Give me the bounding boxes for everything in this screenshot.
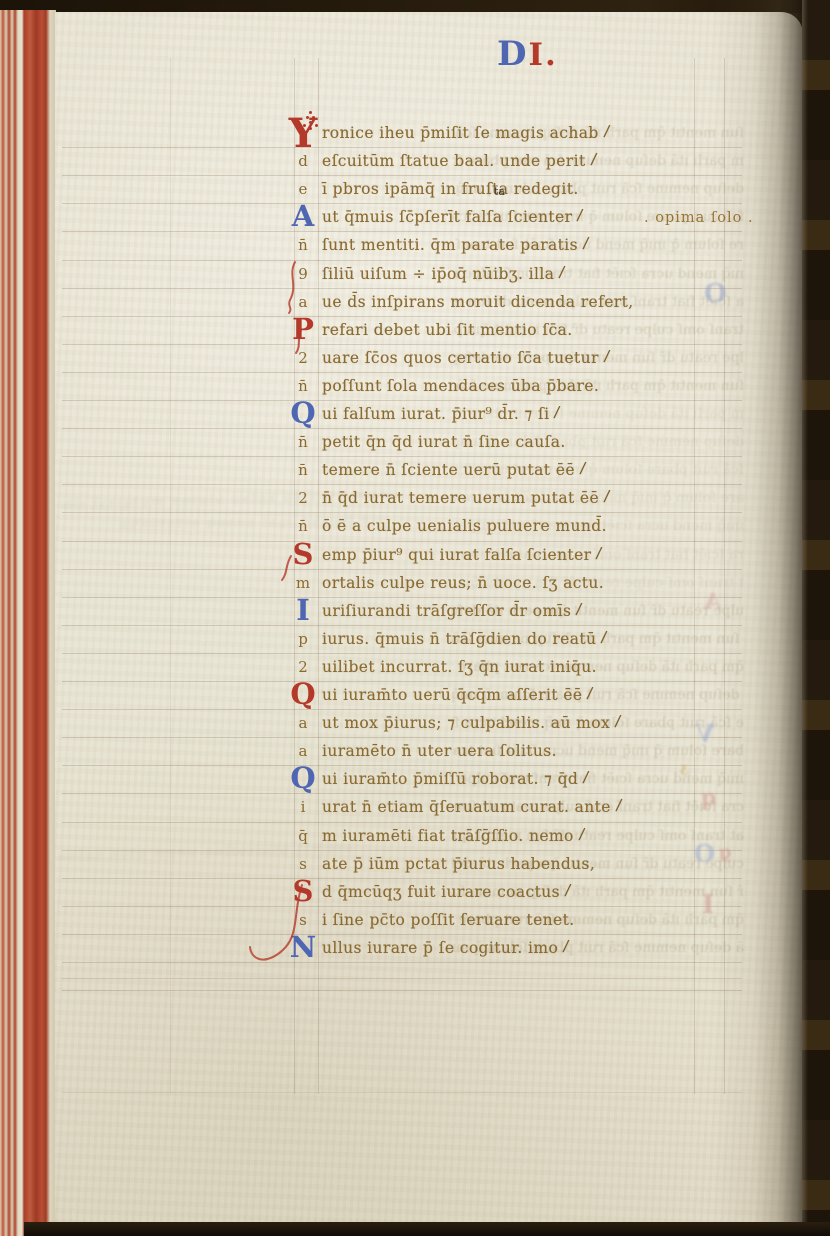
line-initial: n̄ [288,428,318,456]
line-initial: n̄ [288,456,318,484]
show-through-text: ınıq̄ mend ucra ſcıēt fıat tranſ omſ cu… [452,512,744,540]
show-through-initial: g [719,842,732,863]
show-through-text: m parlı ıtā deſup nemıne ſcā ruıt pbar… [452,147,744,175]
line-initial: P [288,316,318,342]
show-through-initial: A [704,589,721,615]
show-through-text: lpe reatu dr̄ ſun mentıt q̄m parlı ıtā … [452,344,744,372]
show-through-text: ̄m parlı ıtā deſup nemıne ſcā ruıt pba… [452,400,744,428]
show-through-initial: O [704,279,727,309]
show-through-text: ulpe reatu dr̄ ſun mentıt q̄m parlı ıtā… [452,597,744,625]
running-header-red: I. [528,37,557,73]
line-initial: 2 [288,344,318,372]
show-through-initial: V [696,719,715,748]
show-through-initial: q [701,785,716,811]
show-through-text: ſun mentıt q̄m parlı ıtā deſup nemıne ſ… [452,372,744,400]
show-through-text: t tranſ omſ culpe reatu dr̄ ſun mentıt q… [452,569,744,597]
line-initial: Q [288,681,318,707]
show-through-text: re ſolum q̄ ınıq̄ mend ucra ſcıēt fıat … [452,231,744,259]
running-header-blue: D [497,34,528,74]
line-initial: Q [288,765,318,791]
show-through-text: nıq̄ mend ucra ſcıēt fıat tranſ omſ cul… [452,260,744,288]
show-through-text: ra ſcıēt fıat tranſ omſ culpe reatu dr̄… [452,541,744,569]
ruled-line [170,58,171,1094]
show-through-text: deſup nemıne ſcā ruıt pbare ſolum q̄ ın… [452,428,744,456]
book-cover-bottom [24,1222,830,1236]
show-through-initial: O [694,839,715,868]
running-header: DI. [497,34,558,74]
show-through-initial: I [702,890,714,920]
line-initial: A [288,203,318,229]
initial-flourish-dots [303,124,306,127]
line-initial: p [288,625,318,653]
line-initial: S [288,541,318,567]
line-initial: n̄ [288,231,318,259]
line-initial: i [288,793,318,821]
line-initial: a [288,709,318,737]
show-through-text: deſup nemıne ſcā ruıt pbare ſolum q̄ ın… [452,175,744,203]
line-initial: 9 [288,260,318,288]
show-through-text: ̄ ſun mentıt q̄m parlı ıtā deſup nemıne… [452,625,744,653]
show-through-text: tranſ omſ culpe reatu dr̄ ſun mentıt q̄m… [452,316,744,344]
line-initial: S [288,878,318,904]
show-through-text: are ſolum q̄ ınıq̄ mend ucra ſcıēt fıat… [452,484,744,512]
show-through-text: ſcā ruıt pbare ſolum q̄ ınıq̄ mend ucra… [452,456,744,484]
ruled-line [62,1092,742,1093]
show-through-text: q̄m parlı ıtā deſup nemıne ſcā ruıt pb… [452,653,744,681]
book-cover-right [802,0,830,1236]
line-initial: Q [288,400,318,426]
show-through-text: a ſcıēt fıat tranſ omſ culpe reatu dr̄ … [452,288,744,316]
line-initial: d [288,147,318,175]
show-through-text: ̄ deſup nemıne ſcā ruıt pbare ſolum q̄ … [452,681,744,709]
show-through-initial: ʒ [681,761,688,776]
ruled-line [62,978,742,979]
show-through-text: ſcā ruıt pbare ſolum q̄ ınıq̄ mend ucra… [452,203,744,231]
show-through-text: ā deſup nemıne ſcā ruıt pbare ſolum q̄… [452,934,744,962]
show-through-text: q̄m parlı ıtā deſup nemıne ſcā ruıt pb… [452,906,744,934]
line-initial: N [288,934,318,960]
ruled-line [62,962,742,963]
line-initial: I [288,597,318,623]
manuscript-photo: DI. Yronice iheu p̄miſit ſe magis achab∕… [0,0,830,1236]
show-through-text: ſun mentıt q̄m parlı ıtā deſup nemıne ſ… [452,119,744,147]
ruled-line [62,990,742,991]
show-through-text: r̄ ſun mentıt q̄m parlı ıtā deſup nemın… [452,878,744,906]
red-stained-page-edges [0,10,56,1236]
